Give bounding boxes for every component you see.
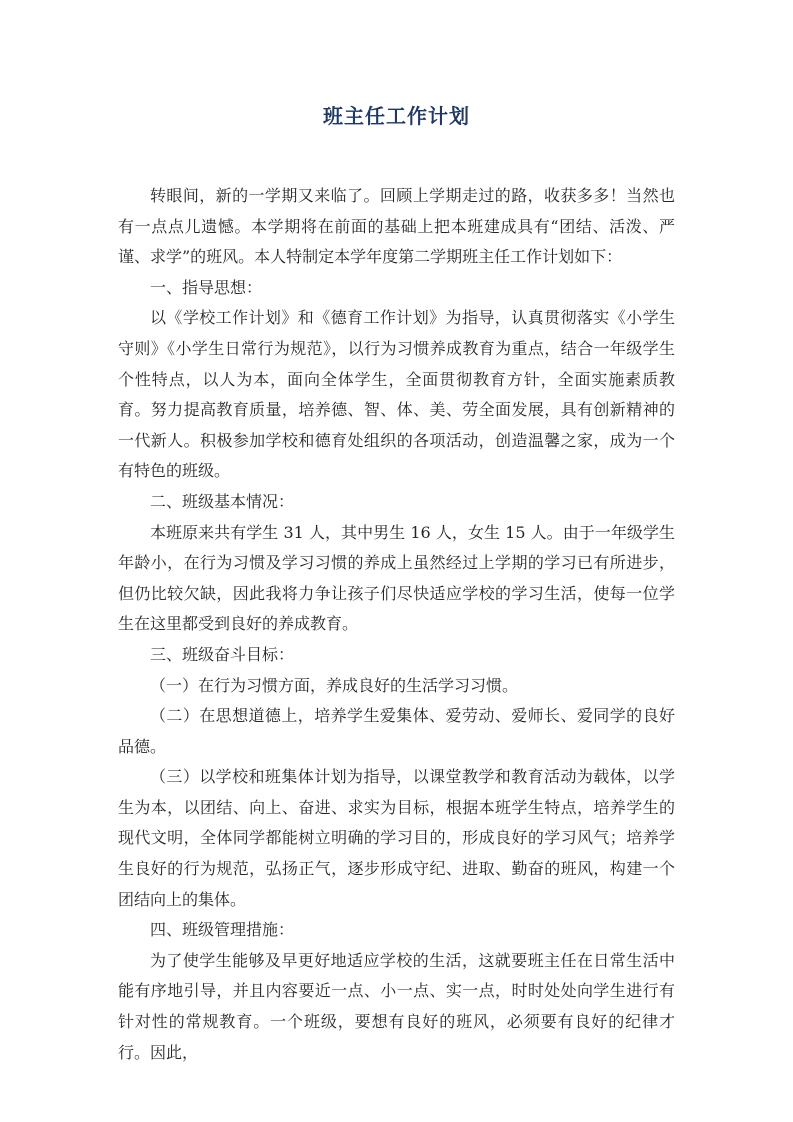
section-1-body: 以《学校工作计划》和《德育工作计划》为指导，认真贯彻落实《小学生守则》《小学生日… <box>118 303 675 487</box>
goal-item-3: （三）以学校和班集体计划为指导，以课堂教学和教育活动为载体，以学生为本，以团结、… <box>118 762 675 915</box>
document-body: 转眼间，新的一学期又来临了。回顾上学期走过的路，收获多多！当然也有一点点儿遗憾。… <box>118 181 675 1068</box>
section-heading-2: 二、班级基本情况： <box>118 487 675 518</box>
section-heading-3: 三、班级奋斗目标： <box>118 640 675 671</box>
section-2-body: 本班原来共有学生 31 人，其中男生 16 人，女生 15 人。由于一年级学生年… <box>118 518 675 640</box>
document-page: 班主任工作计划 转眼间，新的一学期又来临了。回顾上学期走过的路，收获多多！当然也… <box>0 0 793 1122</box>
intro-paragraph: 转眼间，新的一学期又来临了。回顾上学期走过的路，收获多多！当然也有一点点儿遗憾。… <box>118 181 675 273</box>
goal-item-1: （一）在行为习惯方面，养成良好的生活学习习惯。 <box>118 671 675 702</box>
section-4-body: 为了使学生能够及早更好地适应学校的生活，这就要班主任在日常生活中能有序地引导，并… <box>118 946 675 1068</box>
goal-item-2: （二）在思想道德上，培养学生爱集体、爱劳动、爱师长、爱同学的良好品德。 <box>118 701 675 762</box>
section-heading-4: 四、班级管理措施： <box>118 915 675 946</box>
document-title: 班主任工作计划 <box>118 0 675 131</box>
section-heading-1: 一、指导思想： <box>118 273 675 304</box>
